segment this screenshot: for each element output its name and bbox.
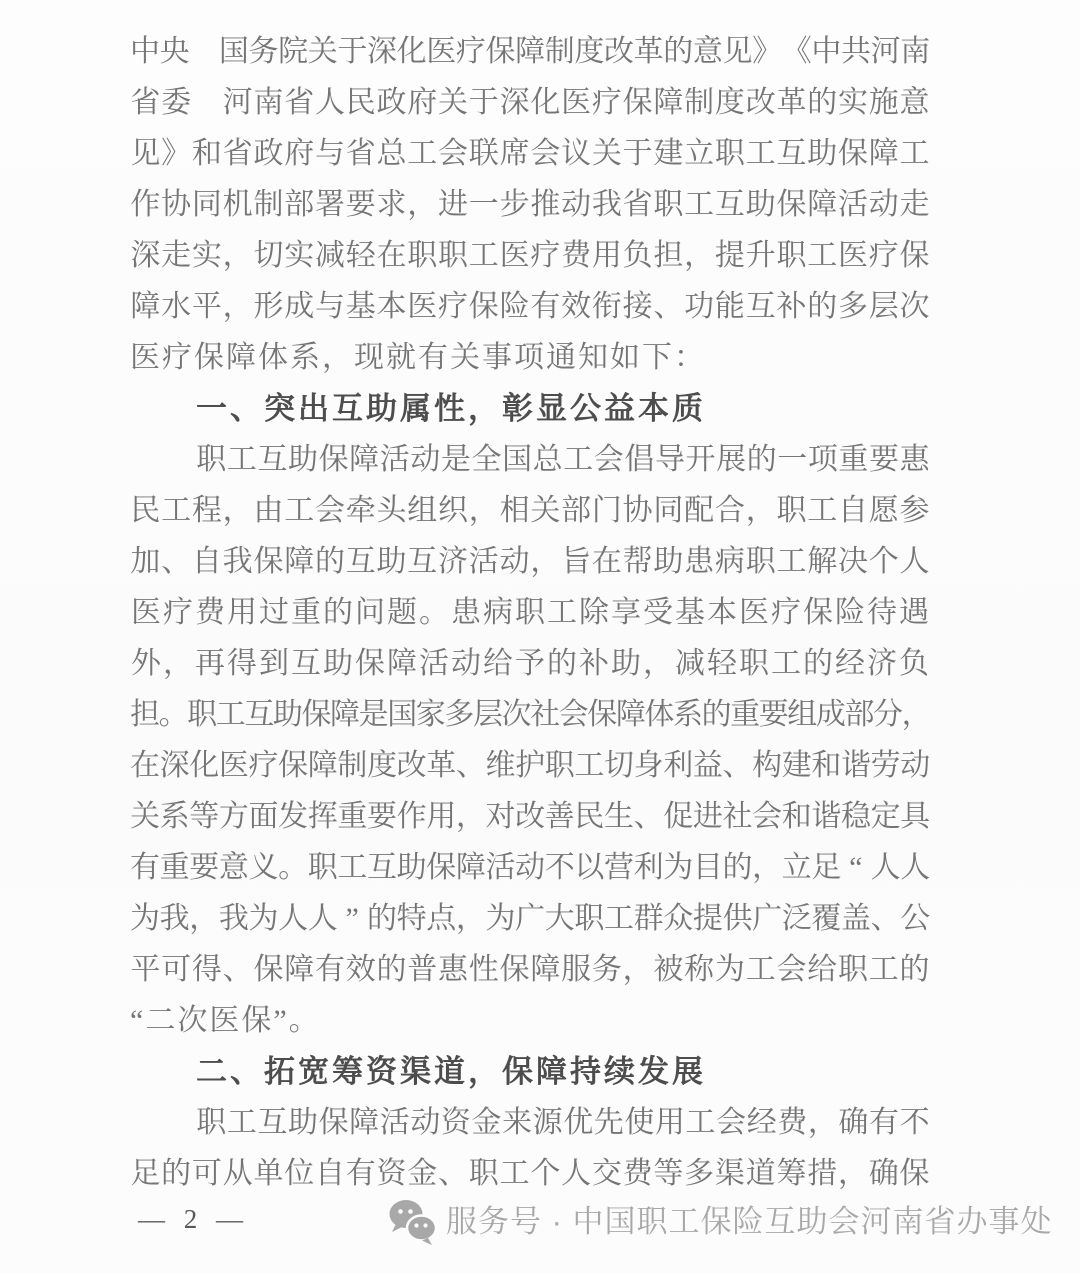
text-line: 为我，我为人人”的特点，为广大职工群众提供广泛覆盖、公	[130, 893, 930, 944]
text-line: 作协同机制部署要求，进一步推动我省职工互助保障活动走	[130, 179, 930, 230]
text-line: 民工程，由工会牵头组织，相关部门协同配合，职工自愿参	[130, 485, 930, 536]
text-line: 平可得、保障有效的普惠性保障服务，被称为工会给职工的	[130, 944, 930, 995]
text-line: 见》和省政府与省总工会联席会议关于建立职工互助保障工	[130, 128, 930, 179]
document-page: 中央 国务院关于深化医疗保障制度改革的意见》《中共河南省委 河南省人民政府关于深…	[0, 0, 1080, 1273]
text-line: 职工互助保障活动是全国总工会倡导开展的一项重要惠	[130, 434, 930, 485]
text-line: 有重要意义。职工互助保障活动不以营利为目的，立足“人人	[130, 842, 930, 893]
section-heading: 二、拓宽筹资渠道，保障持续发展	[130, 1046, 930, 1097]
text-line: 障水平，形成与基本医疗保险有效衔接、功能互补的多层次	[130, 281, 930, 332]
page-number: — 2 —	[138, 1204, 249, 1235]
text-line: 足的可从单位自有资金、职工个人交费等多渠道筹措，确保	[130, 1148, 930, 1199]
watermark: 服务号 · 中国职工保险互助会河南省办事处	[388, 1198, 1053, 1246]
text-line: 担。职工互助保障是国家多层次社会保障体系的重要组成部分，	[130, 689, 930, 740]
text-line: 在深化医疗保障制度改革、维护职工切身利益、构建和谐劳动	[130, 740, 930, 791]
text-line: 医疗保障体系，现就有关事项通知如下：	[130, 332, 930, 383]
text-line: 外，再得到互助保障活动给予的补助，减轻职工的经济负	[130, 638, 930, 689]
text-line: 省委 河南省人民政府关于深化医疗保障制度改革的实施意	[130, 77, 930, 128]
text-line: 医疗费用过重的问题。患病职工除享受基本医疗保险待遇	[130, 587, 930, 638]
text-line: 中央 国务院关于深化医疗保障制度改革的意见》《中共河南	[130, 26, 930, 77]
page-footer: — 2 — 服务号 · 中国职工保险互助会河南省办事处	[0, 1198, 1080, 1258]
text-line: 关系等方面发挥重要作用，对改善民生、促进社会和谐稳定具	[130, 791, 930, 842]
text-line: 深走实，切实减轻在职职工医疗费用负担，提升职工医疗保	[130, 230, 930, 281]
text-line: 职工互助保障活动资金来源优先使用工会经费，确有不	[130, 1097, 930, 1148]
text-line: 加、自我保障的互助互济活动，旨在帮助患病职工解决个人	[130, 536, 930, 587]
text-line: “二次医保”。	[130, 995, 930, 1046]
wechat-icon	[388, 1198, 438, 1246]
document-lines: 中央 国务院关于深化医疗保障制度改革的意见》《中共河南省委 河南省人民政府关于深…	[130, 26, 930, 1199]
watermark-text: 服务号 · 中国职工保险互助会河南省办事处	[446, 1198, 1053, 1246]
section-heading: 一、突出互助属性，彰显公益本质	[130, 383, 930, 434]
